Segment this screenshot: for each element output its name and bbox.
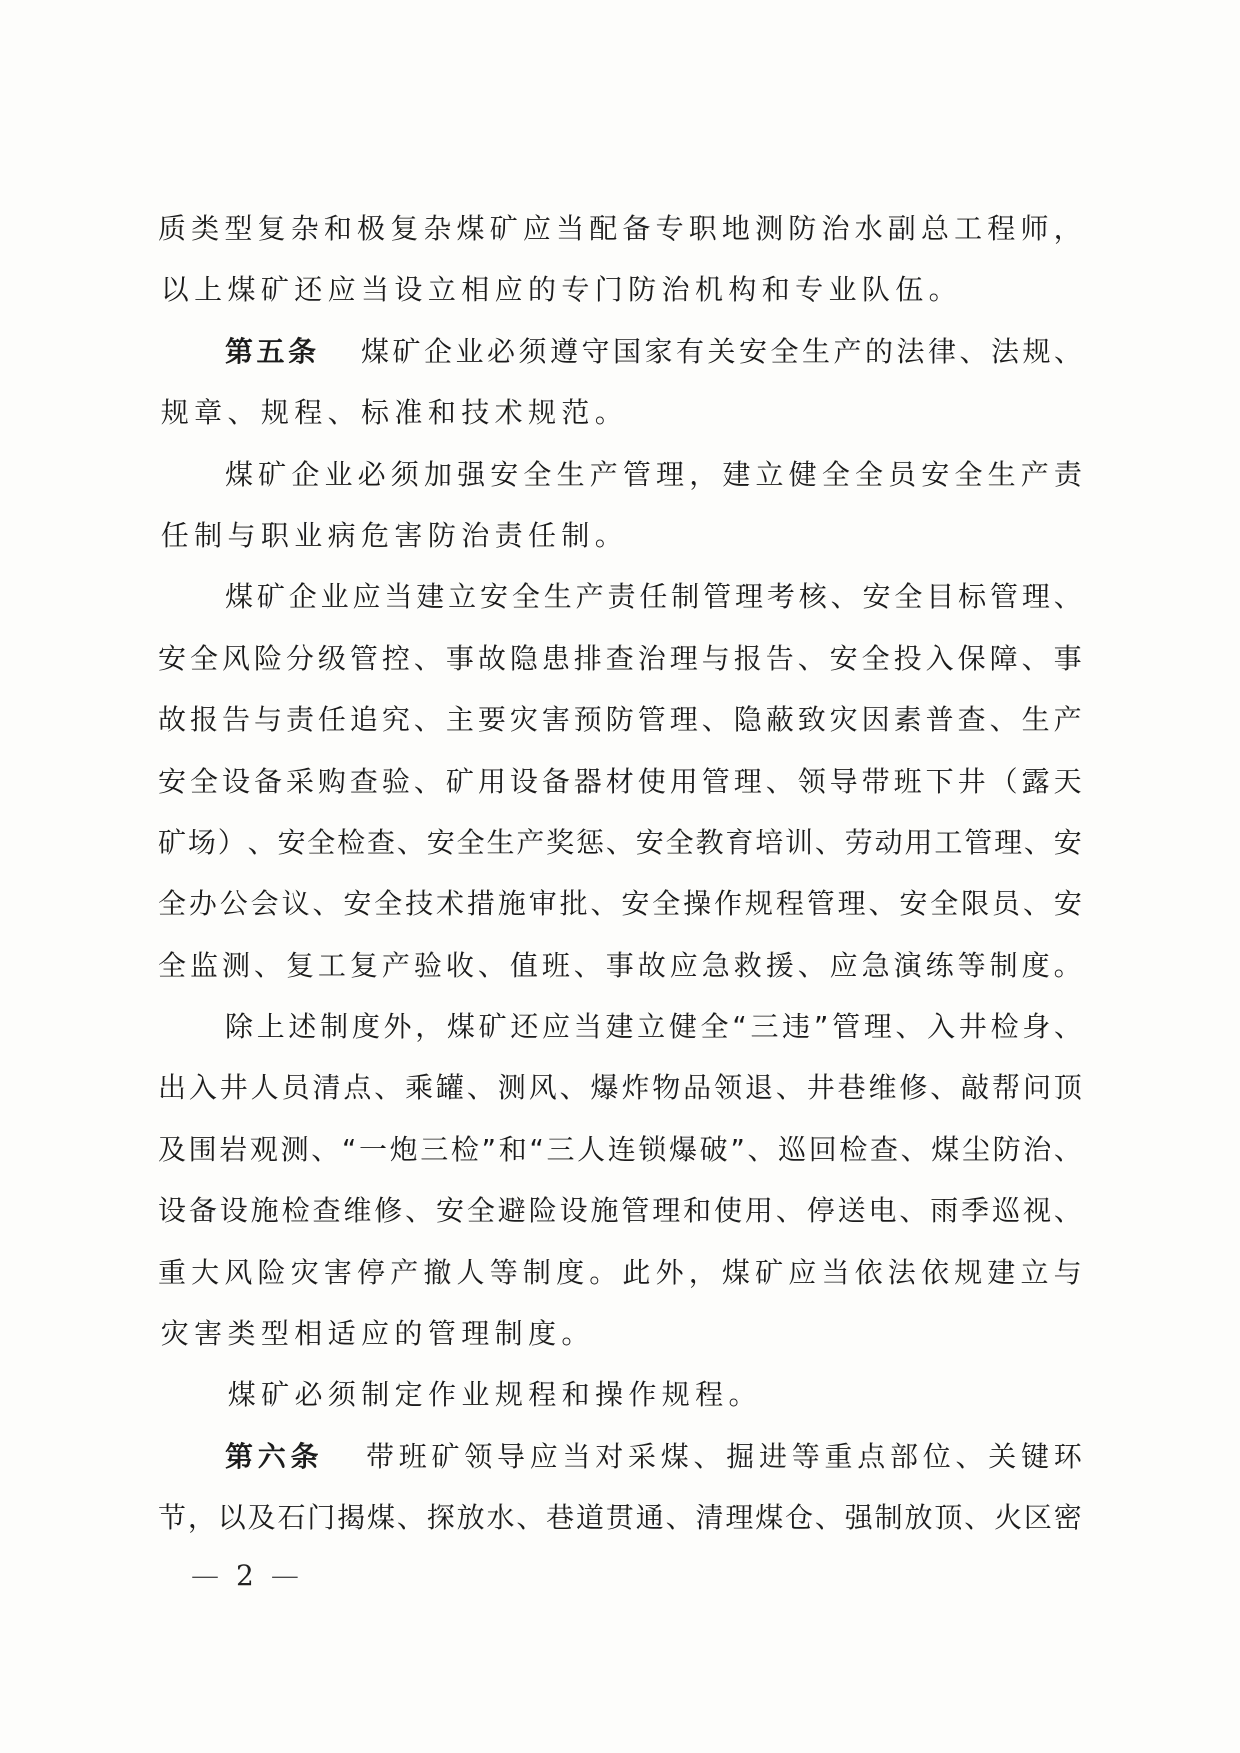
text-line: 设备设施检查维修、安全避险设施管理和使用、停送电、雨季巡视、 <box>158 1180 1082 1241</box>
text-line: 规章、规程、标准和技术规范。 <box>158 382 1082 443</box>
document-body: 质类型复杂和极复杂煤矿应当配备专职地测防治水副总工程师，以上煤矿还应当设立相应的… <box>158 198 1082 1549</box>
text-line: 重大风险灾害停产撤人等制度。此外，煤矿应当依法依规建立与 <box>158 1242 1082 1303</box>
article-number-char: 五 <box>257 321 285 382</box>
text-line: 煤矿企业应当建立安全生产责任制管理考核、安全目标管理、 <box>158 566 1082 627</box>
text-line-article-start: 第五条煤矿企业必须遵守国家有关安全生产的法律、法规、 <box>158 321 1082 382</box>
article-number-char: 六 <box>258 1426 286 1487</box>
text-line: 任制与职业病危害防治责任制。 <box>158 505 1082 566</box>
document-page: 质类型复杂和极复杂煤矿应当配备专职地测防治水副总工程师，以上煤矿还应当设立相应的… <box>0 0 1240 1753</box>
text-line: 安全设备采购查验、矿用设备器材使用管理、领导带班下井（露天 <box>158 751 1082 812</box>
footer-dash-right: — <box>271 1563 299 1590</box>
article-number-char: 第 <box>225 1426 253 1487</box>
text-line: 质类型复杂和极复杂煤矿应当配备专职地测防治水副总工程师， <box>158 198 1082 259</box>
text-line: 安全风险分级管控、事故隐患排查治理与报告、安全投入保障、事 <box>158 628 1082 689</box>
text-line: 以上煤矿还应当设立相应的专门防治机构和专业队伍。 <box>158 259 1082 320</box>
text-line: 出入井人员清点、乘罐、测风、爆炸物品领退、井巷维修、敲帮问顶 <box>158 1057 1082 1118</box>
text-line: 除上述制度外，煤矿还应当建立健全“三违”管理、入井检身、 <box>158 996 1082 1057</box>
footer-dash-left: — <box>191 1563 219 1590</box>
text-line: 全办公会议、安全技术措施审批、安全操作规程管理、安全限员、安 <box>158 873 1082 934</box>
text-line: 节，以及石门揭煤、探放水、巷道贯通、清理煤仓、强制放顶、火区密 <box>158 1487 1082 1548</box>
text-line: 故报告与责任追究、主要灾害预防管理、隐蔽致灾因素普查、生产 <box>158 689 1082 750</box>
text-line: 灾害类型相适应的管理制度。 <box>158 1303 1082 1364</box>
text-line: 全监测、复工复产验收、值班、事故应急救援、应急演练等制度。 <box>158 935 1082 996</box>
article-number-char: 条 <box>291 1426 319 1487</box>
text-line: 及围岩观测、“一炮三检”和“三人连锁爆破”、巡回检查、煤尘防治、 <box>158 1119 1082 1180</box>
text-line: 煤矿企业必须加强安全生产管理，建立健全全员安全生产责 <box>158 444 1082 505</box>
page-footer: — 2 — <box>191 1558 299 1594</box>
article-number-char: 条 <box>288 321 316 382</box>
text-line: 矿场）、安全检查、安全生产奖惩、安全教育培训、劳动用工管理、安 <box>158 812 1082 873</box>
page-number: 2 <box>236 1558 254 1594</box>
text-line-article-start: 第六条带班矿领导应当对采煤、掘进等重点部位、关键环 <box>158 1426 1082 1487</box>
text-line: 煤矿必须制定作业规程和操作规程。 <box>158 1364 1082 1425</box>
article-number-char: 第 <box>225 321 253 382</box>
